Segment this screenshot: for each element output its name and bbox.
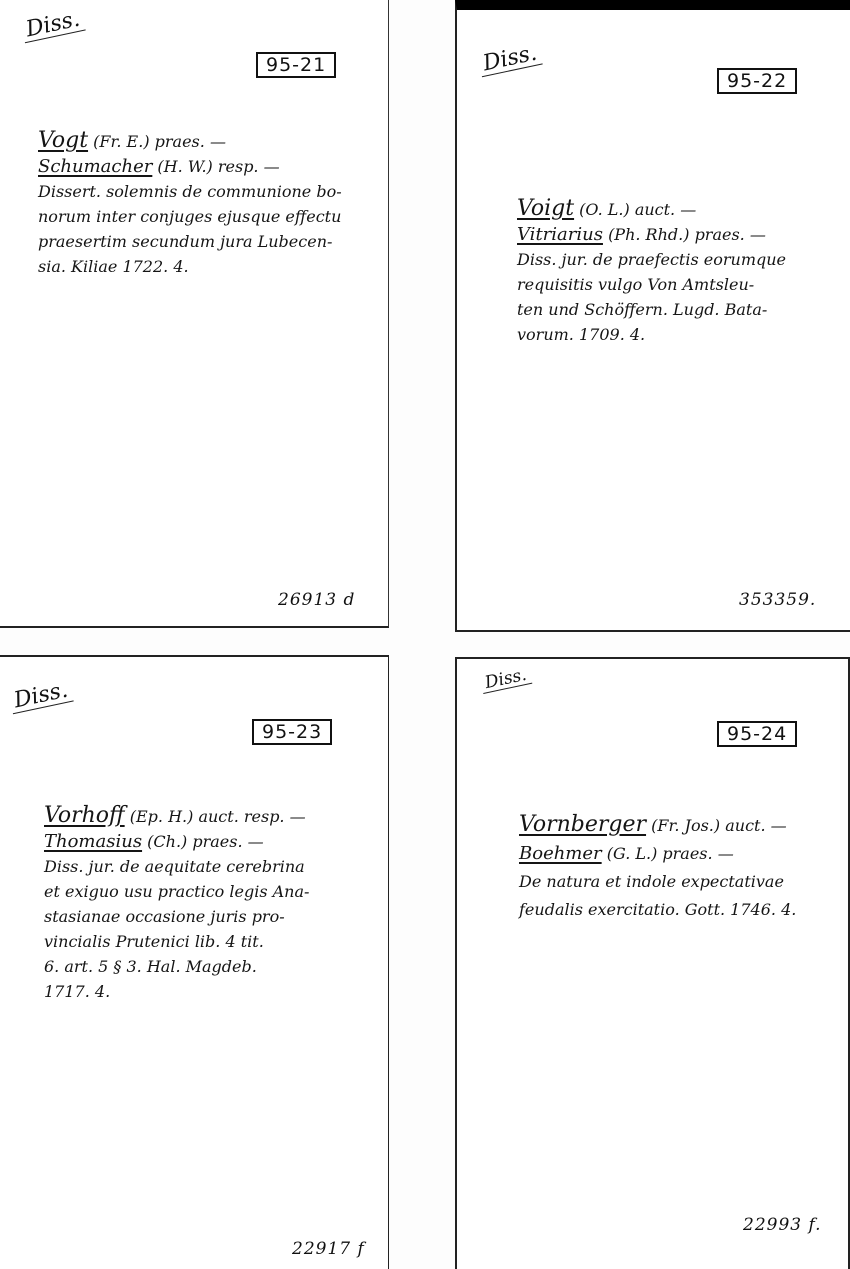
card-entry: Voigt (O. L.) auct. — Vitriarius (Ph. Rh… <box>517 196 786 347</box>
praeses-name: Boehmer <box>519 843 602 864</box>
title-line: vorum. 1709. 4. <box>517 322 786 347</box>
author-name: Vogt <box>38 128 88 153</box>
card-entry: Vorhoff (Ep. H.) auct. resp. — Thomasius… <box>44 803 309 1004</box>
title-line: Diss. jur. de aequitate cerebrina <box>44 854 309 879</box>
praeses-line: Thomasius (Ch.) praes. — <box>44 829 309 854</box>
category-label: Diss. <box>477 42 543 77</box>
title-line: et exiguo usu practico legis Ana- <box>44 879 309 904</box>
praeses-name: Thomasius <box>44 831 142 852</box>
author-line: Vogt (Fr. E.) praes. — <box>38 128 342 154</box>
title-line: requisitis vulgo Von Amtsleu- <box>517 272 786 297</box>
praeses-line: Boehmer (G. L.) praes. — <box>519 840 796 868</box>
call-number-stamp: 95-21 <box>256 52 336 78</box>
title-line: praesertim secundum jura Lubecen- <box>38 229 342 254</box>
title-line: sia. Kiliae 1722. 4. <box>38 254 342 279</box>
call-number-stamp: 95-22 <box>717 68 797 94</box>
title-line: 1717. 4. <box>44 979 309 1004</box>
catalog-card-95-21: Diss. 95-21 Vogt (Fr. E.) praes. — Schum… <box>0 0 389 628</box>
author-line: Vornberger (Fr. Jos.) auct. — <box>519 811 796 840</box>
author-name: Voigt <box>517 196 574 221</box>
catalog-card-95-24: Diss. 95-24 Vornberger (Fr. Jos.) auct. … <box>455 657 850 1269</box>
author-line: Voigt (O. L.) auct. — <box>517 196 786 222</box>
title-line: 6. art. 5 § 3. Hal. Magdeb. <box>44 954 309 979</box>
call-number-stamp: 95-23 <box>252 719 332 745</box>
title-line: ten und Schöffern. Lugd. Bata- <box>517 297 786 322</box>
card-entry: Vogt (Fr. E.) praes. — Schumacher (H. W.… <box>38 128 342 279</box>
category-label: Diss. <box>20 8 86 43</box>
author-line: Vorhoff (Ep. H.) auct. resp. — <box>44 803 309 829</box>
title-line: feudalis exercitatio. Gott. 1746. 4. <box>519 896 796 924</box>
catalog-card-95-22: Diss. 95-22 Voigt (O. L.) auct. — Vitria… <box>455 0 850 632</box>
title-line: Diss. jur. de praefectis eorumque <box>517 247 786 272</box>
card-entry: Vornberger (Fr. Jos.) auct. — Boehmer (G… <box>519 811 796 924</box>
title-line: norum inter conjuges ejusque effectu <box>38 204 342 229</box>
respondent-line: Schumacher (H. W.) resp. — <box>38 154 342 179</box>
catalog-card-95-23: Diss. 95-23 Vorhoff (Ep. H.) auct. resp.… <box>0 655 389 1269</box>
title-line: Dissert. solemnis de communione bo- <box>38 179 342 204</box>
title-line: stasianae occasione juris pro- <box>44 904 309 929</box>
accession-number: 22993 f. <box>743 1215 822 1235</box>
category-label: Diss. <box>8 679 74 714</box>
author-name: Vornberger <box>519 812 646 837</box>
respondent-name: Schumacher <box>38 156 152 177</box>
praeses-name: Vitriarius <box>517 224 603 245</box>
category-label: Diss. <box>480 666 533 694</box>
praeses-line: Vitriarius (Ph. Rhd.) praes. — <box>517 222 786 247</box>
title-line: vincialis Prutenici lib. 4 tit. <box>44 929 309 954</box>
call-number-stamp: 95-24 <box>717 721 797 747</box>
accession-number: 26913 d <box>278 590 355 610</box>
title-line: De natura et indole expectativae <box>519 868 796 896</box>
accession-number: 22917 f <box>292 1239 365 1259</box>
author-name: Vorhoff <box>44 803 125 828</box>
accession-number: 353359. <box>739 590 816 610</box>
